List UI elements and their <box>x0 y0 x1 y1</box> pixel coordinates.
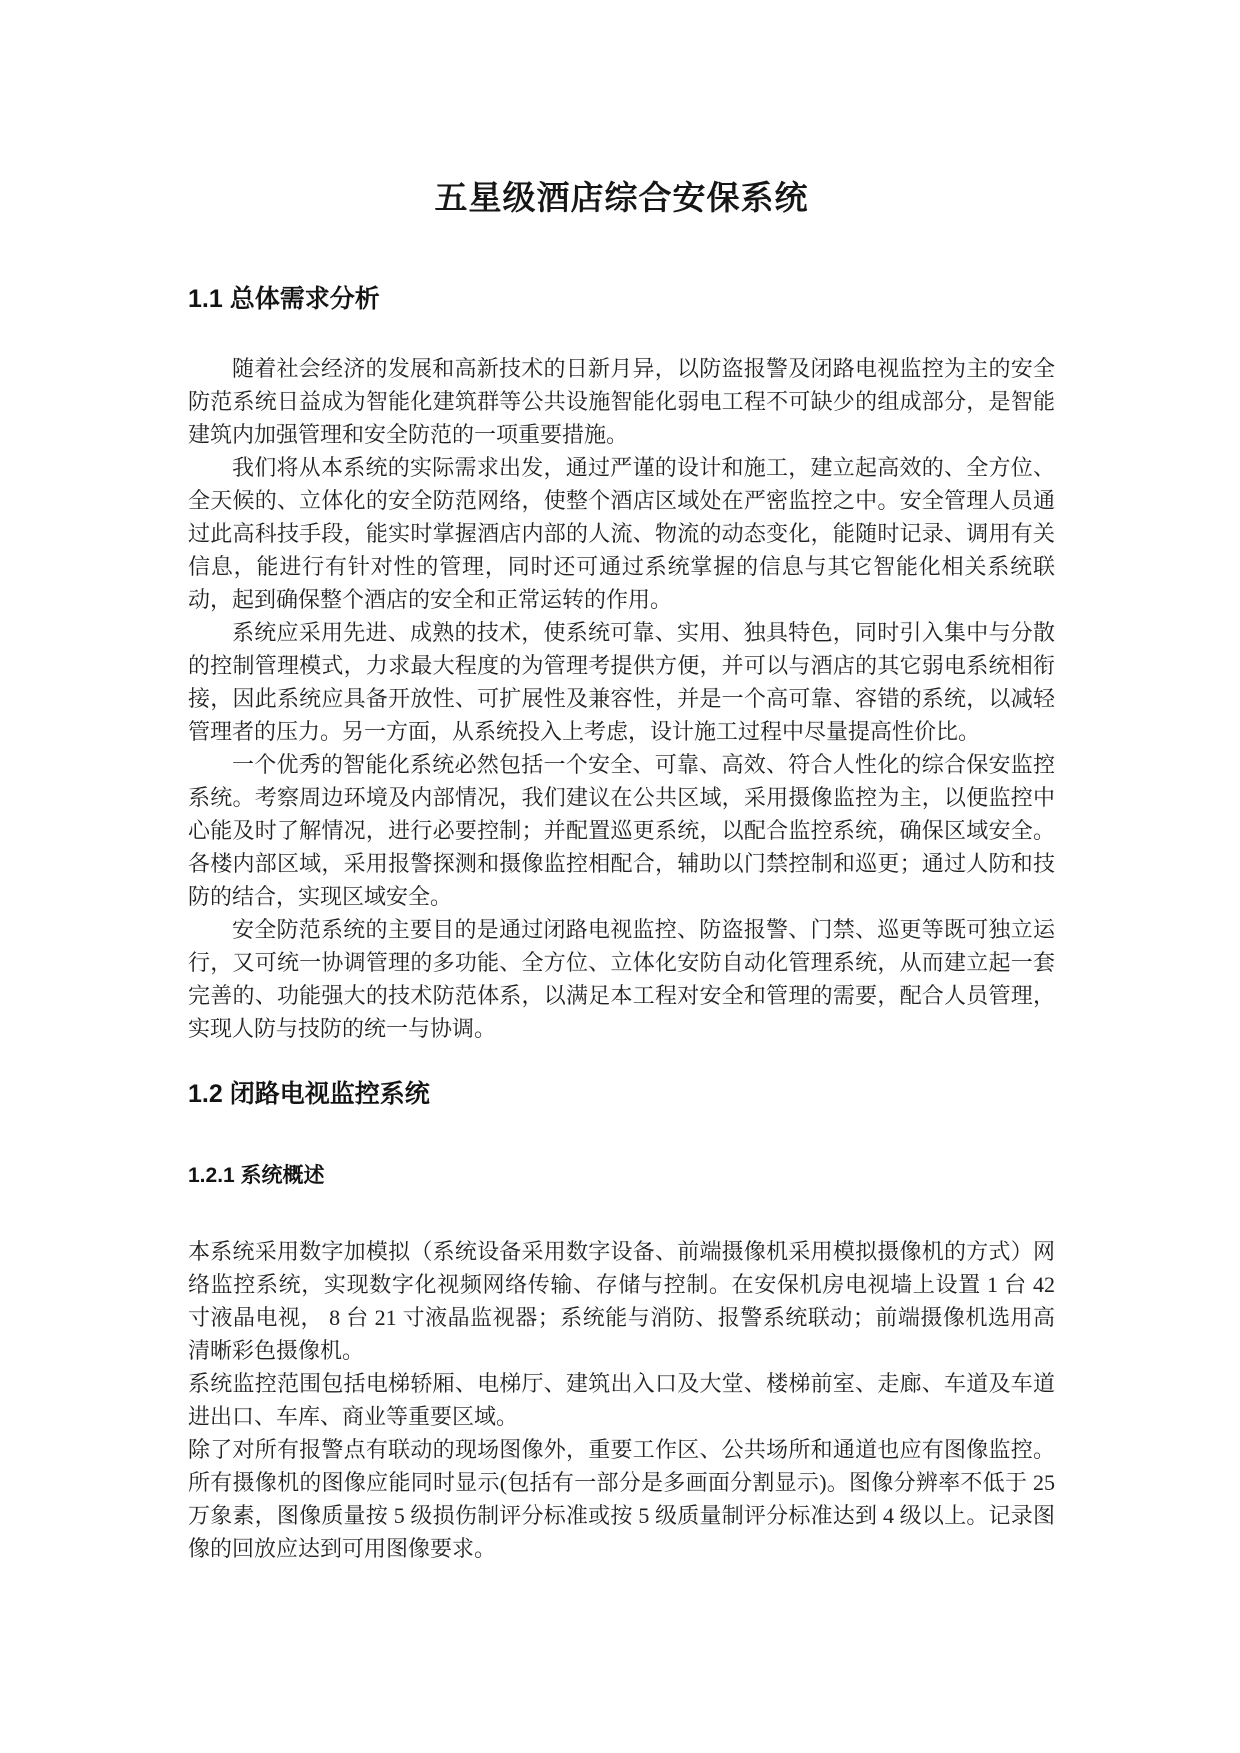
subsection-heading-1-2-1: 1.2.1 系统概述 <box>188 1161 1055 1191</box>
paragraph-overview-2: 我们将从本系统的实际需求出发，通过严谨的设计和施工，建立起高效的、全方位、全天候… <box>188 451 1055 616</box>
paragraph-cctv-3: 除了对所有报警点有联动的现场图像外，重要工作区、公共场所和通道也应有图像监控。所… <box>188 1433 1055 1565</box>
paragraph-cctv-1: 本系统采用数字加模拟（系统设备采用数字设备、前端摄像机采用模拟摄像机的方式）网络… <box>188 1235 1055 1367</box>
paragraph-overview-4: 一个优秀的智能化系统必然包括一个安全、可靠、高效、符合人性化的综合保安监控系统。… <box>188 748 1055 913</box>
document-title: 五星级酒店综合安保系统 <box>188 0 1055 222</box>
paragraph-overview-1: 随着社会经济的发展和高新技术的日新月异，以防盗报警及闭路电视监控为主的安全防范系… <box>188 352 1055 451</box>
document-page: 五星级酒店综合安保系统 1.1 总体需求分析 随着社会经济的发展和高新技术的日新… <box>0 0 1240 1753</box>
section-heading-1-2: 1.2 闭路电视监控系统 <box>188 1077 1055 1111</box>
paragraph-overview-3: 系统应采用先进、成熟的技术，使系统可靠、实用、独具特色，同时引入集中与分散的控制… <box>188 616 1055 748</box>
paragraph-overview-5: 安全防范系统的主要目的是通过闭路电视监控、防盗报警、门禁、巡更等既可独立运行，又… <box>188 913 1055 1045</box>
section-heading-1-1: 1.1 总体需求分析 <box>188 282 1055 316</box>
paragraph-cctv-2: 系统监控范围包括电梯轿厢、电梯厅、建筑出入口及大堂、楼梯前室、走廊、车道及车道进… <box>188 1367 1055 1433</box>
